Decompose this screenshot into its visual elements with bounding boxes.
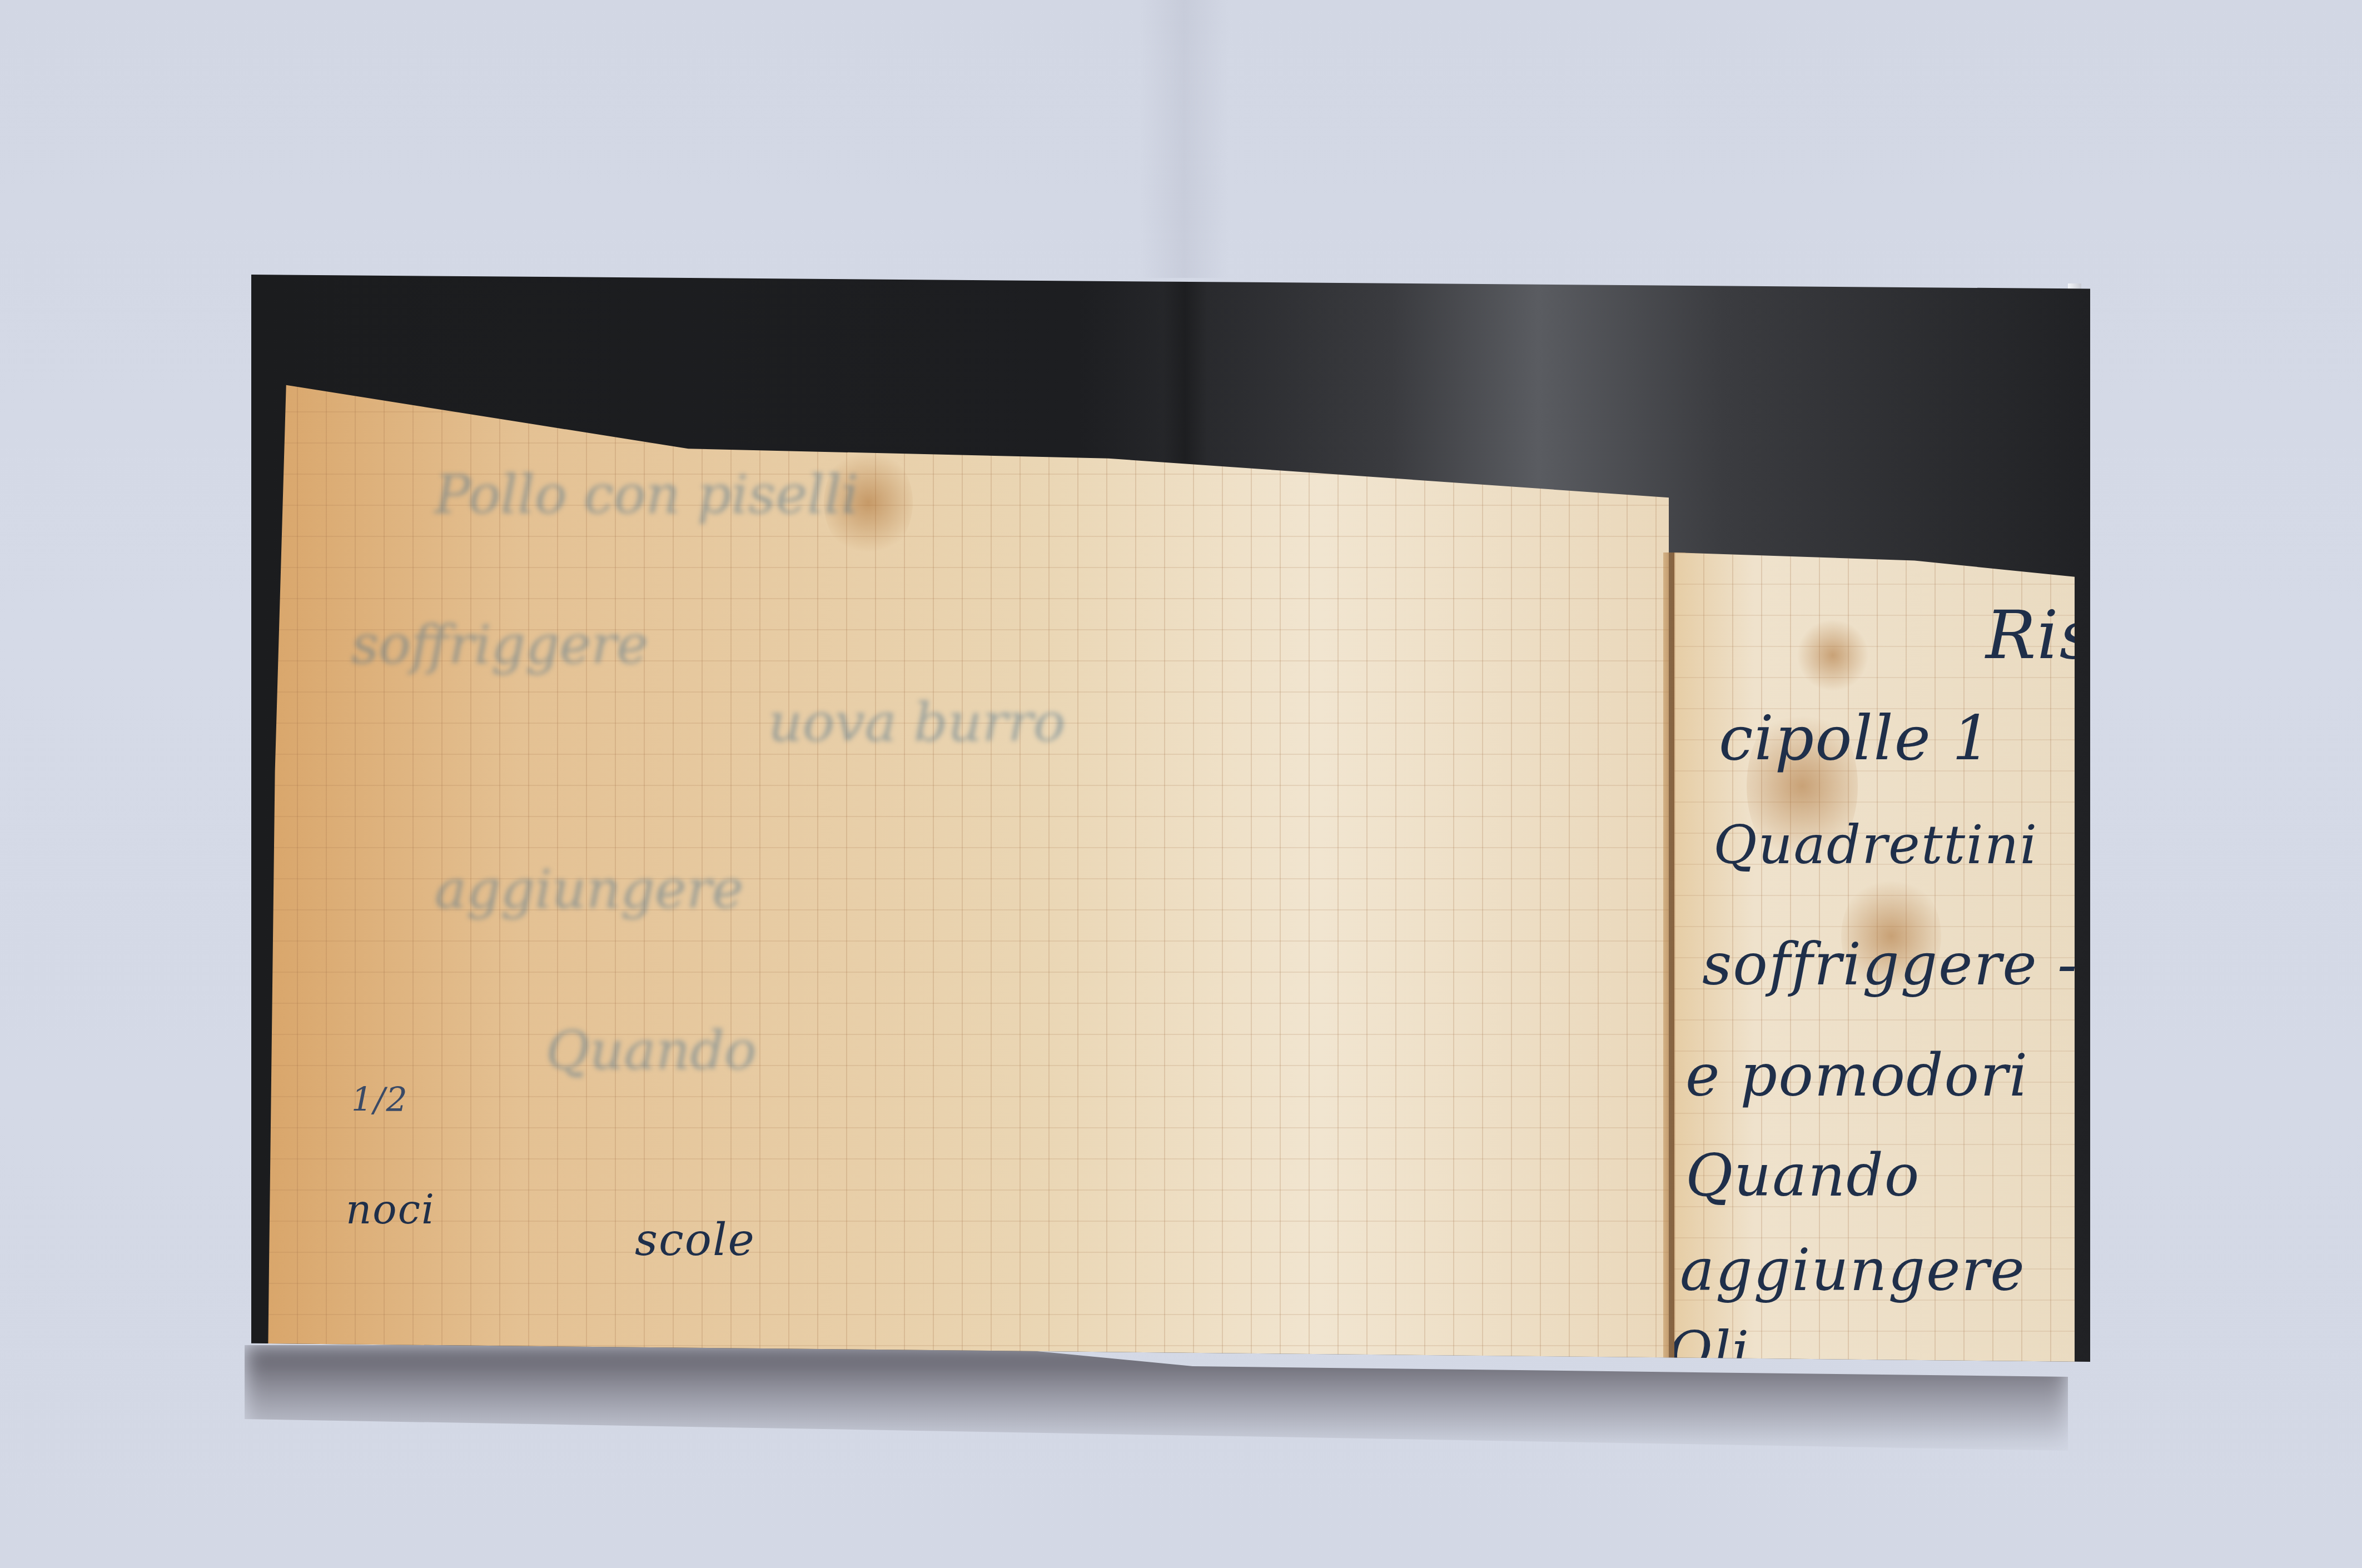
recipe-line: e pomodori (1685, 1042, 2028, 1109)
stain (1797, 619, 1869, 691)
backdrop-crease (1140, 0, 1229, 278)
notebook-right-page: Ris cipolle 1 Quadrettini soffriggere - … (1674, 552, 2075, 1362)
recipe-line: Quando (1685, 1142, 1920, 1209)
recipe-line: Quadrettini (1713, 814, 2038, 876)
notebook-left-page: Pollo con piselli soffriggere uova burro… (268, 380, 1669, 1358)
bleed-through-line: uova burro (768, 691, 1065, 754)
margin-fraction: 1/2 (351, 1081, 409, 1119)
book-shadow (245, 1345, 2068, 1451)
handwritten-line: noci (346, 1186, 435, 1233)
bleed-through-line: aggiungere (435, 858, 743, 920)
bleed-through-line: soffriggere (351, 614, 648, 676)
recipe-line: cipolle 1 (1719, 703, 1992, 774)
open-book-spread: Pollo con piselli soffriggere uova burro… (251, 275, 2090, 1362)
recipe-line: soffriggere - (1702, 930, 2078, 998)
photo-scene: Pollo con piselli soffriggere uova burro… (0, 0, 2362, 1568)
handwritten-line: scole (635, 1214, 755, 1266)
recipe-line: aggiungere (1680, 1236, 2026, 1304)
bleed-through-line: Pollo con piselli (435, 464, 858, 526)
bleed-through-line: Quando (546, 1019, 757, 1082)
